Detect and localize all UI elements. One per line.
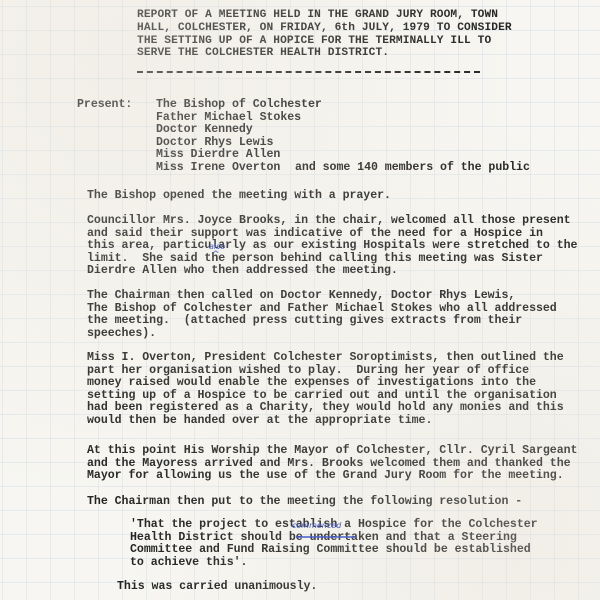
paragraph-soroptimists: Miss I. Overton, President Colchester So…: [87, 352, 564, 428]
heading-line: REPORT OF A MEETING HELD IN THE GRAND JU…: [137, 9, 498, 21]
closing-statement: This was carried unanimously.: [117, 581, 317, 594]
paragraph-resolution-intro: The Chairman then put to the meeting the…: [87, 496, 522, 509]
attendee: Doctor Kennedy: [156, 123, 253, 136]
public-attendance-note: and some 140 members of the public: [295, 162, 530, 175]
handwritten-replacement: commenced: [292, 521, 341, 530]
heading-line: SERVE THE COLCHESTER HEALTH DISTRICT.: [137, 47, 389, 59]
attendee: Father Michael Stokes: [156, 111, 301, 124]
attendee: Miss Dierdre Allen: [156, 148, 280, 161]
strikethrough-mark: [296, 536, 356, 538]
heading-line: THE SETTING UP OF A HOPICE FOR THE TERMI…: [137, 35, 491, 47]
insertion-caret-icon: ^: [212, 250, 220, 260]
document-page: REPORT OF A MEETING HELD IN THE GRAND JU…: [0, 0, 600, 600]
present-label: Present:: [77, 99, 132, 112]
paragraph-speakers: The Chairman then called on Doctor Kenne…: [87, 290, 557, 340]
attendee: The Bishop of Colchester: [156, 98, 322, 111]
paragraph-chair-welcome: Councillor Mrs. Joyce Brooks, in the cha…: [87, 215, 577, 278]
paragraph-opening-prayer: The Bishop opened the meeting with a pra…: [87, 190, 391, 203]
heading-line: HALL, COLCHESTER, ON FRIDAY, 6th JULY, 1…: [137, 22, 512, 34]
paragraph-mayor-arrival: At this point His Worship the Mayor of C…: [87, 445, 577, 483]
report-heading: REPORT OF A MEETING HELD IN THE GRAND JU…: [137, 9, 512, 60]
attendee: Miss Irene Overton: [156, 161, 280, 174]
heading-underline-rule: [137, 71, 480, 73]
attendee: Doctor Rhys Lewis: [156, 136, 273, 149]
